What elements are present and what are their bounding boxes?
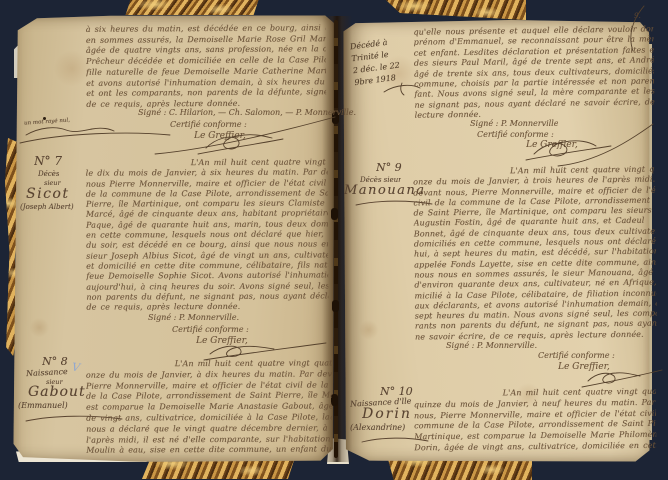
text-line: Moulin à eau, sise en cette dite commune…	[86, 445, 332, 457]
margin-act-number: N° 9	[376, 161, 402, 174]
marble-cover-top-left	[126, 0, 259, 15]
certified-line: Certifié conforme :	[477, 130, 554, 139]
certified-line: Certifié conforme :	[172, 325, 249, 334]
binding-seam	[334, 20, 338, 458]
clerk-line: Le Greffier,	[558, 362, 610, 372]
binding-stitch	[331, 208, 338, 220]
signatures-line: Signé : C. Hilarion, — Ch. Salomon, — P.…	[138, 108, 356, 117]
scanned-register-spread: à six heures du matin, est décédée en ce…	[0, 0, 668, 480]
text-line: le dix du mois de Janvier, à six heures …	[86, 168, 328, 180]
binding-stitch	[332, 300, 339, 312]
text-line: non parents du défunt, ne signant pas, n…	[86, 291, 328, 303]
margin-act-type: Décès	[38, 170, 59, 178]
margin-act-subname: (Emmanuel)	[18, 401, 68, 410]
margin-act-name: Sicot	[26, 186, 69, 202]
text-line: et ont les comparants, non parents de la…	[86, 87, 326, 99]
margin-act-number: N° 8	[42, 355, 68, 368]
signed-line: Signé : P. Monnerville.	[148, 313, 239, 322]
binding-stitch	[331, 394, 338, 406]
act-paragraph-10: L'An mil huit cent quatre vingt quatre, …	[414, 387, 657, 454]
act-paragraph-7: L'An mil huit cent quatre vingt quatre,l…	[86, 157, 329, 313]
margin-act-subname: (Alexandrine)	[350, 423, 405, 432]
act-paragraph-9: L'An mil huit cent quatre vingt quatre, …	[413, 165, 657, 343]
marble-cover-top-right	[386, 0, 526, 20]
margin-act-number: N° 7	[34, 154, 62, 168]
clerk-line: Le Greffier,	[526, 140, 578, 150]
text-line: de ce requis, après lecture donnée.	[86, 302, 328, 314]
text-line: feue Demoiselle Sophie Sicot. Avons auto…	[86, 271, 328, 283]
text-line: nous a déclaré que le vingt quatre décem…	[86, 423, 332, 435]
signed-line: Signé : P. Monnerville.	[446, 341, 537, 350]
certified-line: Certifié conforme :	[170, 120, 247, 129]
clerk-line: Le Greffier,	[196, 336, 248, 346]
certified-line: Certifié conforme :	[538, 351, 615, 360]
signed-line: Signé : P. Monnerville	[470, 119, 558, 128]
margin-act-subname: (Joseph Albert)	[20, 203, 74, 211]
prev-act-continuation: à six heures du matin, est décédée en ce…	[86, 23, 327, 110]
act-paragraph-8: L'An mil huit cent quatre vingt quatre, …	[86, 358, 333, 456]
act-paragraph-8-continuation: qu'elle nous présente et auquel elle déc…	[413, 24, 654, 121]
folio-number: 9.	[634, 12, 641, 20]
text-line: onze du mois de Janvier, à dix heures du…	[86, 369, 332, 381]
margin-act-name: Dorin	[362, 406, 412, 422]
clerk-line: Le Greffier,	[194, 131, 246, 141]
margin-act-name: Gabout	[28, 384, 86, 400]
